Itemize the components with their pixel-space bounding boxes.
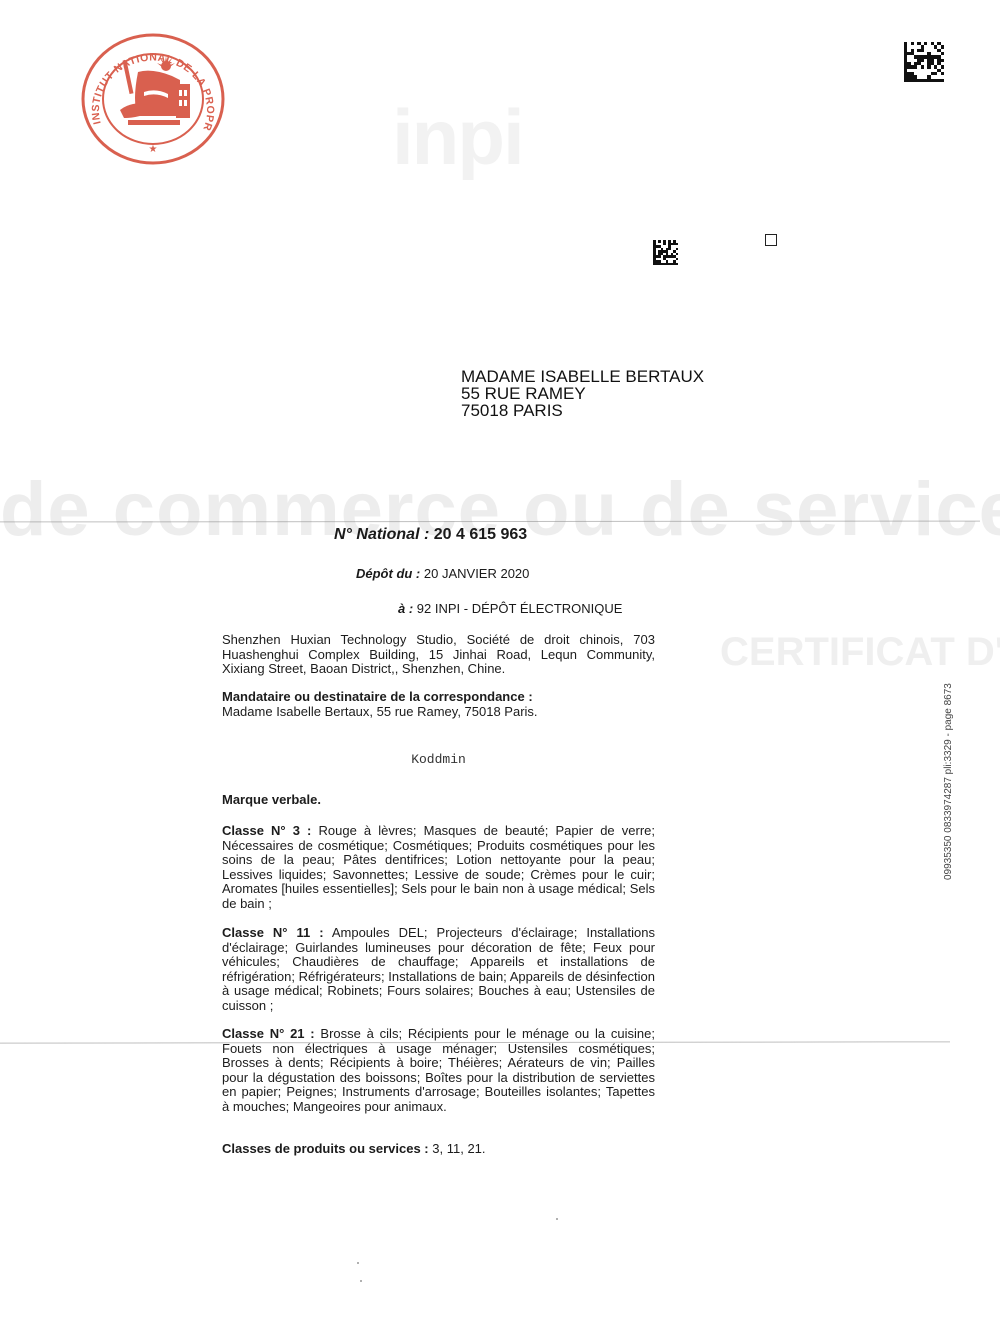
- class-entry: Classe N° 11 : Ampoules DEL; Projecteurs…: [222, 926, 655, 1013]
- national-number: N° National : 20 4 615 963: [334, 526, 527, 544]
- filing-place: à : 92 INPI - DÉPÔT ÉLECTRONIQUE: [398, 601, 622, 616]
- inpi-seal-stamp: INSTITUT NATIONAL DE LA PROPRIETE INDUST…: [80, 32, 226, 166]
- scan-speck: [360, 1280, 362, 1282]
- classes-summary-value: 3, 11, 21.: [432, 1141, 485, 1156]
- filing-date-value: 20 JANVIER 2020: [424, 566, 530, 581]
- recipient-name: MADAME ISABELLE BERTAUX: [461, 368, 704, 385]
- class-entry: Classe N° 21 : Brosse à cils; Récipients…: [222, 1027, 655, 1114]
- scan-speck: [357, 1262, 359, 1264]
- mandataire-value: Madame Isabelle Bertaux, 55 rue Ramey, 7…: [222, 705, 655, 720]
- checkbox-square-icon: [765, 234, 777, 246]
- national-number-label: N° National :: [334, 526, 429, 543]
- mandataire: Mandataire ou destinataire de la corresp…: [222, 690, 655, 719]
- filing-date: Dépôt du : 20 JANVIER 2020: [356, 566, 529, 581]
- side-reference: 09935350 0833974287 pli:3329 - page 8673: [943, 683, 954, 880]
- recipient-address: MADAME ISABELLE BERTAUX 55 RUE RAMEY 750…: [461, 368, 704, 419]
- scan-speck: [556, 1218, 558, 1220]
- class-label: Classe N° 11 :: [222, 925, 324, 940]
- datamatrix-barcode-small: [653, 240, 678, 265]
- class-label: Classe N° 21 :: [222, 1026, 315, 1041]
- class-label: Classe N° 3 :: [222, 823, 311, 838]
- filing-date-label: Dépôt du :: [356, 566, 420, 581]
- svg-text:★: ★: [149, 144, 158, 155]
- datamatrix-barcode: [904, 42, 944, 82]
- applicant: Shenzhen Huxian Technology Studio, Socié…: [222, 633, 655, 677]
- mark-type: Marque verbale.: [222, 793, 655, 808]
- recipient-street: 55 RUE RAMEY: [461, 385, 704, 402]
- filing-place-value: 92 INPI - DÉPÔT ÉLECTRONIQUE: [417, 601, 623, 616]
- national-number-value: 20 4 615 963: [434, 526, 527, 543]
- classes-summary-label: Classes de produits ou services :: [222, 1141, 429, 1156]
- filing-place-label: à :: [398, 601, 413, 616]
- class-entry: Classe N° 3 : Rouge à lèvres; Masques de…: [222, 824, 655, 911]
- ghost-inpi-logo: inpi: [392, 92, 523, 183]
- mandataire-label: Mandataire ou destinataire de la corresp…: [222, 690, 655, 705]
- recipient-city: 75018 PARIS: [461, 402, 704, 419]
- classes-summary: Classes de produits ou services : 3, 11,…: [222, 1142, 655, 1157]
- ghost-certificate-title: CERTIFICAT D'ENREGISTREMENT: [720, 630, 1000, 675]
- mark-name: Koddmin: [222, 752, 655, 767]
